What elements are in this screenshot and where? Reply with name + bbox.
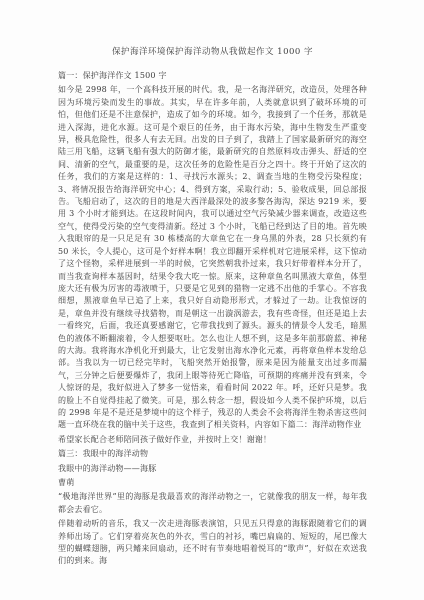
- paragraph-homework-note: 希望家长配合老师陪同孩子做好作业，并按时上交！谢谢！: [58, 434, 367, 446]
- section-heading-part3: 篇三：我眼中的海洋动物: [58, 448, 367, 460]
- paragraph-author-name: 曹萌: [58, 477, 367, 489]
- section-heading-part1: 篇一：保护海洋作文 1500 字: [58, 70, 367, 82]
- document-title: 保护海洋环境保护海洋动物从我做起作文 1000 字: [58, 46, 367, 58]
- paragraph-dolphin-show: 伴随着动听的音乐，我又一次走进海豚表演馆，只见五只得意的海豚跟随着它们的调养师出…: [58, 518, 367, 568]
- paragraph-dolphin-intro: “极地海洋世界”里的海豚是我最喜欢的海洋动物之一，它就像我的朋友一样，每年我都会…: [58, 491, 367, 516]
- paragraph-subtitle-dolphin: 我眼中的海洋动物——海豚: [58, 463, 367, 475]
- paragraph-essay-part1: 如今是 2998 年，一个高科技开展的时代。我，是一名海洋研究，改造员，处理各种…: [58, 84, 367, 431]
- document-page: 保护海洋环境保护海洋动物从我做起作文 1000 字 篇一：保护海洋作文 1500…: [0, 0, 424, 600]
